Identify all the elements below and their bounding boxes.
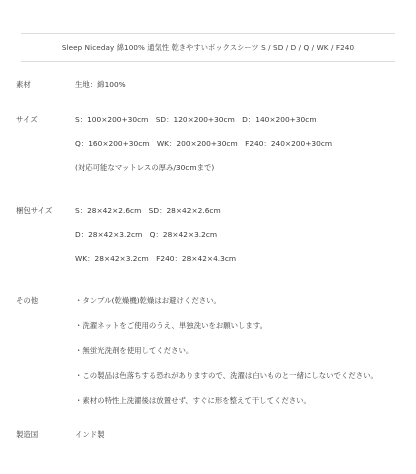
spec-value-size-2: Q：160×200+30cm WK：200×200+30cm F240：240×… — [75, 139, 332, 149]
spec-value-package-1: S：28×42×2.6cm SD：28×42×2.6cm — [75, 206, 221, 216]
care-note-2: ・洗濯ネットをご使用のうえ、単独洗いをお願いします。 — [75, 321, 267, 331]
spec-value-material: 生地：綿100% — [75, 80, 126, 90]
spec-label-size: サイズ — [16, 115, 38, 125]
spec-value-size-note: (対応可能なマットレスの厚み/30cmまで) — [75, 163, 214, 173]
spec-value-package-3: WK：28×42×3.2cm F240：28×42×4.3cm — [75, 254, 236, 264]
spec-value-origin: インド製 — [75, 430, 105, 440]
care-note-1: ・タンブル(乾燥機)乾燥はお避けください。 — [75, 296, 221, 306]
care-note-4: ・この製品は色落ちする恐れがありますので、洗濯は白いものと一緒にしないでください… — [75, 371, 378, 381]
spec-label-origin: 製造国 — [16, 430, 38, 440]
product-title: Sleep Niceday 綿100% 通気性 乾きやすいボックスシーツ S /… — [62, 43, 354, 53]
spec-label-package-size: 梱包サイズ — [16, 206, 52, 216]
care-note-3: ・無蛍光洗剤を使用してください。 — [75, 346, 193, 356]
care-note-5: ・素材の特性上洗濯後は放置せず、すぐに形を整えて干してください。 — [75, 396, 311, 406]
spec-label-material: 素材 — [16, 80, 31, 90]
spec-value-package-2: D：28×42×3.2cm Q：28×42×3.2cm — [75, 230, 217, 240]
product-title-bar: Sleep Niceday 綿100% 通気性 乾きやすいボックスシーツ S /… — [21, 33, 395, 62]
spec-label-other: その他 — [16, 296, 38, 306]
spec-value-size-1: S：100×200+30cm SD：120×200+30cm D：140×200… — [75, 115, 317, 125]
